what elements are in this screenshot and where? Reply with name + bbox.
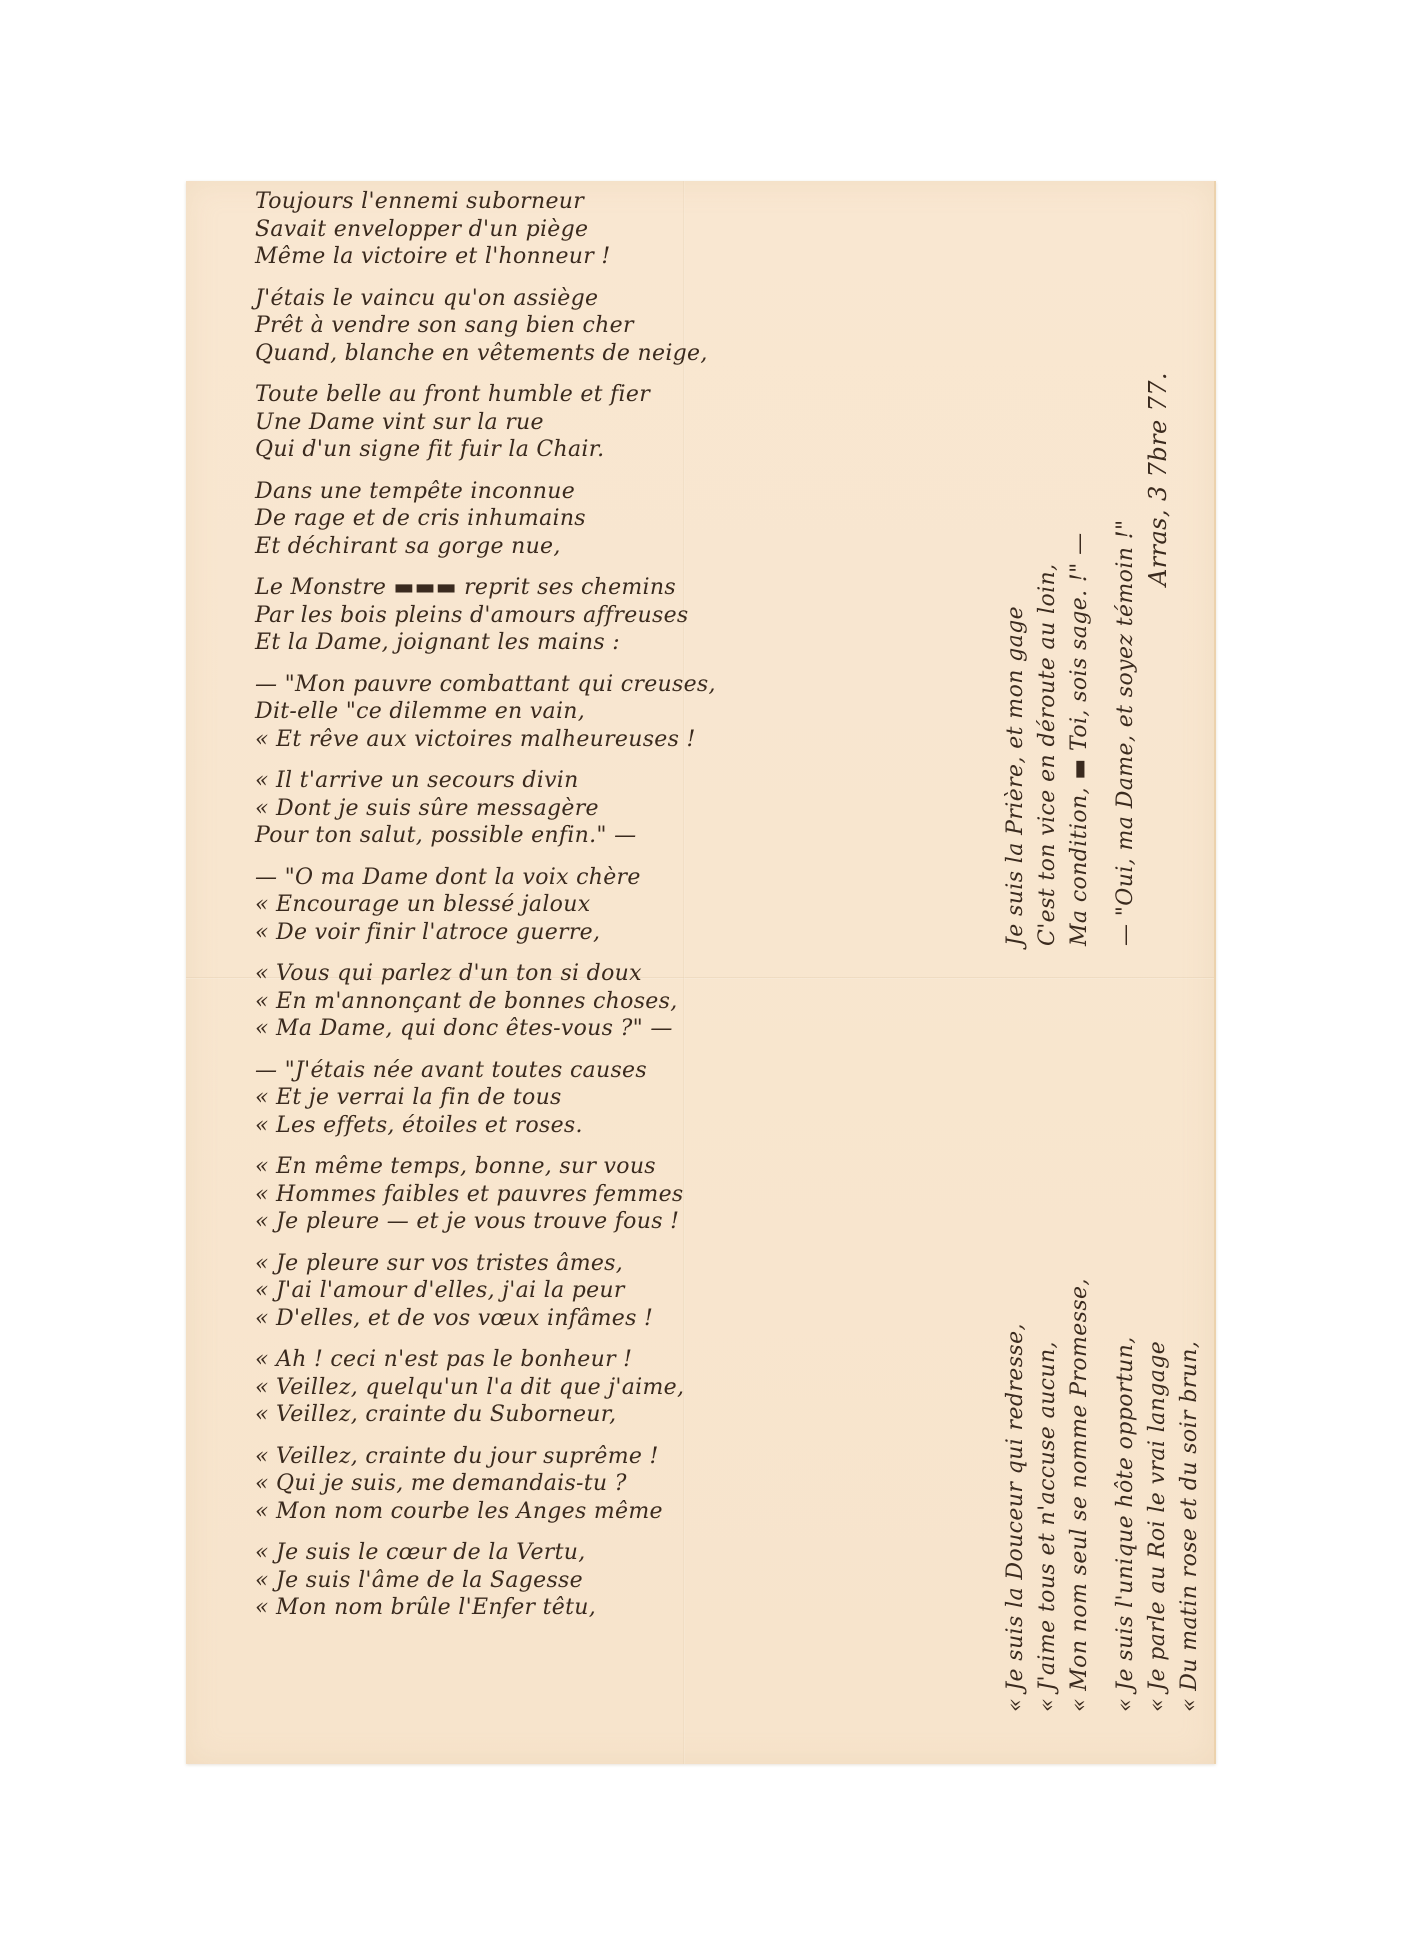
poem-line: « Et je verrai la fin de tous — [255, 1084, 965, 1112]
poem-line: « De voir finir l'atroce guerre, — [255, 919, 965, 947]
margin-verse-line: « Je suis l'unique hôte opportun, — [1110, 1278, 1142, 1712]
signature-place-date: Arras, 3 7bre 77. — [1142, 372, 1174, 946]
poem-stanza: Le Monstre ▬▬▬ reprit ses cheminsPar les… — [255, 574, 965, 657]
poem-line: « Je suis l'âme de la Sagesse — [255, 1567, 965, 1595]
poem-line: Toute belle au front humble et fier — [255, 381, 965, 409]
poem-stanza: « En même temps, bonne, sur vous« Hommes… — [255, 1153, 965, 1236]
poem-line: Savait envelopper d'un piège — [255, 216, 965, 244]
poem-stanza: — "Mon pauvre combattant qui creuses,Dit… — [255, 671, 965, 754]
poem-line: « Je suis le cœur de la Vertu, — [255, 1539, 965, 1567]
poem-line: Le Monstre ▬▬▬ reprit ses chemins — [255, 574, 965, 602]
poem-line: Quand, blanche en vêtements de neige, — [255, 340, 965, 368]
poem-line: « Ma Dame, qui donc êtes-vous ?" — — [255, 1015, 965, 1043]
poem-line: « En m'annonçant de bonnes choses, — [255, 988, 965, 1016]
poem-stanza: — "J'étais née avant toutes causes« Et j… — [255, 1057, 965, 1140]
poem-line: « Veillez, crainte du jour suprême ! — [255, 1443, 965, 1471]
poem-line: « D'elles, et de vos vœux infâmes ! — [255, 1305, 965, 1333]
poem-line: Même la victoire et l'honneur ! — [255, 243, 965, 271]
margin-verse-line: Je suis la Prière, et mon gage — [1000, 372, 1032, 946]
poem-line: « Encourage un blessé jaloux — [255, 891, 965, 919]
poem-line: — "Mon pauvre combattant qui creuses, — [255, 671, 965, 699]
margin-verse-line: C'est ton vice en déroute au loin, — [1032, 372, 1064, 946]
poem-line: « Veillez, crainte du Suborneur, — [255, 1401, 965, 1429]
margin-verse-line: « Je suis la Douceur qui redresse, — [1000, 1278, 1032, 1712]
poem-line: « Hommes faibles et pauvres femmes — [255, 1181, 965, 1209]
poem-line: J'étais le vaincu qu'on assiège — [255, 285, 965, 313]
poem-line: « Qui je suis, me demandais-tu ? — [255, 1470, 965, 1498]
poem-line: Qui d'un signe fit fuir la Chair. — [255, 436, 965, 464]
poem-line: — "O ma Dame dont la voix chère — [255, 864, 965, 892]
poem-stanza: J'étais le vaincu qu'on assiègePrêt à ve… — [255, 285, 965, 368]
poem-stanza: « Je pleure sur vos tristes âmes,« J'ai … — [255, 1250, 965, 1333]
poem-line: « Mon nom brûle l'Enfer têtu, — [255, 1594, 965, 1622]
poem-line: — "J'étais née avant toutes causes — [255, 1057, 965, 1085]
poem-line: De rage et de cris inhumains — [255, 505, 965, 533]
margin-verse-line: « Je parle au Roi le vrai langage — [1142, 1278, 1174, 1712]
poem-line: « J'ai l'amour d'elles, j'ai la peur — [255, 1277, 965, 1305]
poem-main-column: Toujours l'ennemi suborneurSavait envelo… — [255, 188, 965, 1636]
poem-stanza: Dans une tempête inconnueDe rage et de c… — [255, 478, 965, 561]
poem-line: « Je pleure sur vos tristes âmes, — [255, 1250, 965, 1278]
poem-line: Et déchirant sa gorge nue, — [255, 533, 965, 561]
poem-line: « Les effets, étoiles et roses. — [255, 1112, 965, 1140]
poem-line: Pour ton salut, possible enfin." — — [255, 822, 965, 850]
poem-line: « Vous qui parlez d'un ton si doux — [255, 960, 965, 988]
margin-verse-line: — "Oui, ma Dame, et soyez témoin !" — [1110, 372, 1142, 946]
margin-verse-line: « Mon nom seul se nomme Promesse, — [1064, 1278, 1096, 1712]
poem-stanza: « Il t'arrive un secours divin« Dont je … — [255, 767, 965, 850]
margin-verse-lower-right: « Je suis la Douceur qui redresse,« J'ai… — [1000, 1278, 1206, 1712]
poem-stanza: « Vous qui parlez d'un ton si doux« En m… — [255, 960, 965, 1043]
poem-stanza: « Ah ! ceci n'est pas le bonheur !« Veil… — [255, 1346, 965, 1429]
poem-line: « En même temps, bonne, sur vous — [255, 1153, 965, 1181]
poem-line: Une Dame vint sur la rue — [255, 409, 965, 437]
poem-line: « Il t'arrive un secours divin — [255, 767, 965, 795]
stanza-gap — [1096, 372, 1110, 946]
poem-stanza: « Veillez, crainte du jour suprême !« Qu… — [255, 1443, 965, 1526]
poem-line: « Mon nom courbe les Anges même — [255, 1498, 965, 1526]
poem-stanza: Toute belle au front humble et fierUne D… — [255, 381, 965, 464]
poem-line: Dans une tempête inconnue — [255, 478, 965, 506]
poem-line: « Veillez, quelqu'un l'a dit que j'aime, — [255, 1374, 965, 1402]
poem-line: « Je pleure — et je vous trouve fous ! — [255, 1208, 965, 1236]
poem-stanza: Toujours l'ennemi suborneurSavait envelo… — [255, 188, 965, 271]
poem-line: Dit-elle "ce dilemme en vain, — [255, 698, 965, 726]
poem-line: Prêt à vendre son sang bien cher — [255, 312, 965, 340]
poem-line: Et la Dame, joignant les mains : — [255, 629, 965, 657]
poem-line: « Ah ! ceci n'est pas le bonheur ! — [255, 1346, 965, 1374]
margin-verse-line: « J'aime tous et n'accuse aucun, — [1032, 1278, 1064, 1712]
poem-stanza: « Je suis le cœur de la Vertu,« Je suis … — [255, 1539, 965, 1622]
margin-verse-upper-right: Je suis la Prière, et mon gageC'est ton … — [1000, 372, 1174, 946]
margin-verse-line: Ma condition, ▬ Toi, sois sage. !" — — [1064, 372, 1096, 946]
poem-line: « Dont je suis sûre messagère — [255, 795, 965, 823]
poem-stanza: — "O ma Dame dont la voix chère« Encoura… — [255, 864, 965, 947]
poem-line: Par les bois pleins d'amours affreuses — [255, 602, 965, 630]
stanza-gap — [1096, 1278, 1110, 1712]
poem-line: « Et rêve aux victoires malheureuses ! — [255, 726, 965, 754]
margin-verse-line: « Du matin rose et du soir brun, — [1174, 1278, 1206, 1712]
poem-line: Toujours l'ennemi suborneur — [255, 188, 965, 216]
